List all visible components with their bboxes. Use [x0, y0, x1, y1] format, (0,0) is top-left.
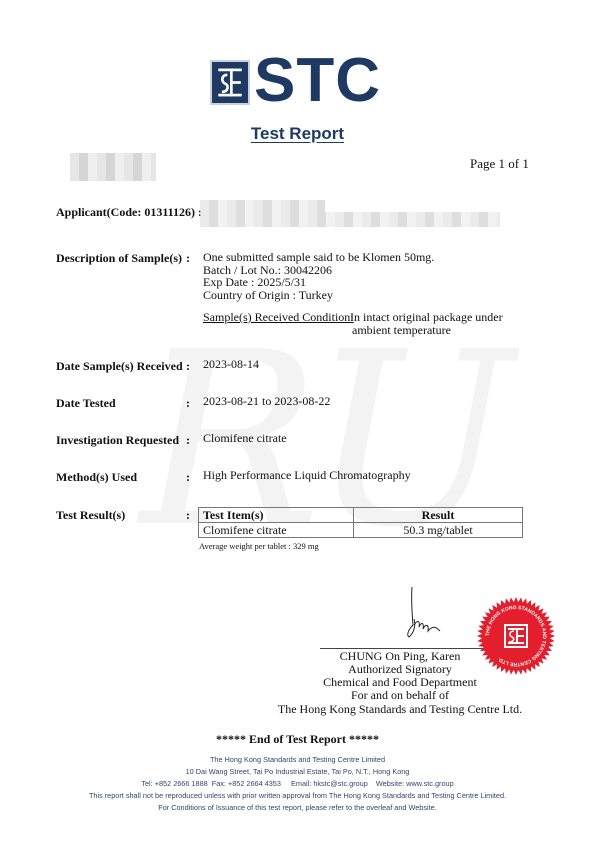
page-title: Test Report: [0, 124, 595, 144]
method-label: Method(s) Used: [56, 470, 137, 485]
column-header: Result: [354, 508, 523, 523]
results-table: Test Item(s) Result Clomifene citrate 50…: [198, 507, 523, 538]
colon: :: [186, 396, 190, 411]
footer-contact: Tel: +852 2666 1888 Fax: +852 2664 4353 …: [0, 779, 595, 788]
footer-company: The Hong Kong Standards and Testing Cent…: [0, 755, 595, 764]
colon: :: [186, 359, 190, 374]
condition-label: Sample(s) Received Condition:: [203, 311, 354, 324]
condition-line: ambient temperature: [350, 324, 503, 337]
condition-line: In intact original package under: [350, 311, 503, 324]
column-header: Test Item(s): [199, 508, 354, 523]
redacted-applicant-address: [200, 212, 500, 227]
description-line: Exp Date : 2025/5/31: [203, 276, 434, 289]
table-cell: 50.3 mg/tablet: [354, 523, 523, 538]
footer-address: 10 Dai Wang Street, Tai Po Industrial Es…: [0, 767, 595, 776]
condition-value: In intact original package under ambient…: [350, 311, 503, 336]
average-weight-note: Average weight per tablet : 329 mg: [199, 541, 319, 551]
colon: :: [186, 433, 190, 448]
description-value: One submitted sample said to be Klomen 5…: [203, 251, 434, 301]
redacted-applicant: [200, 200, 325, 212]
signatory-block: CHUNG On Ping, Karen Authorized Signator…: [300, 650, 500, 702]
results-label: Test Result(s): [56, 508, 125, 523]
page-indicator: Page 1 of 1: [470, 156, 529, 172]
brand-name: STC: [254, 50, 381, 112]
colon: :: [186, 470, 190, 485]
description-label: Description of Sample(s): [56, 251, 182, 266]
date-received-label: Date Sample(s) Received: [56, 359, 183, 374]
description-line: Country of Origin : Turkey: [203, 289, 434, 302]
applicant-label: Applicant(Code: 01311126) :: [56, 205, 202, 220]
description-line: One submitted sample said to be Klomen 5…: [203, 251, 434, 264]
footer-disclaimer: This report shall not be reproduced unle…: [0, 791, 595, 800]
investigation-label: Investigation Requested: [56, 433, 179, 448]
redacted-reference: [70, 153, 156, 181]
method-value: High Performance Liquid Chromatography: [203, 469, 411, 482]
date-tested-label: Date Tested: [56, 396, 116, 411]
signature-icon: [400, 585, 460, 645]
colon: :: [186, 251, 190, 266]
table-header-row: Test Item(s) Result: [199, 508, 523, 523]
end-of-report: ***** End of Test Report *****: [0, 732, 595, 747]
date-received-value: 2023-08-14: [203, 358, 259, 371]
table-row: Clomifene citrate 50.3 mg/tablet: [199, 523, 523, 538]
signatory-organization: The Hong Kong Standards and Testing Cent…: [250, 702, 550, 717]
investigation-value: Clomifene citrate: [203, 432, 287, 445]
company-seal-icon: THE HONG KONG STANDARDS AND TESTING CENT…: [476, 596, 556, 676]
stc-logo-icon: [210, 60, 250, 105]
watermark: RU: [140, 300, 503, 580]
colon: :: [186, 508, 190, 523]
footer-conditions: For Conditions of Issuance of this test …: [0, 803, 595, 812]
table-cell: Clomifene citrate: [199, 523, 354, 538]
date-tested-value: 2023-08-21 to 2023-08-22: [203, 395, 330, 408]
signatory-behalf: For and on behalf of: [300, 689, 500, 702]
